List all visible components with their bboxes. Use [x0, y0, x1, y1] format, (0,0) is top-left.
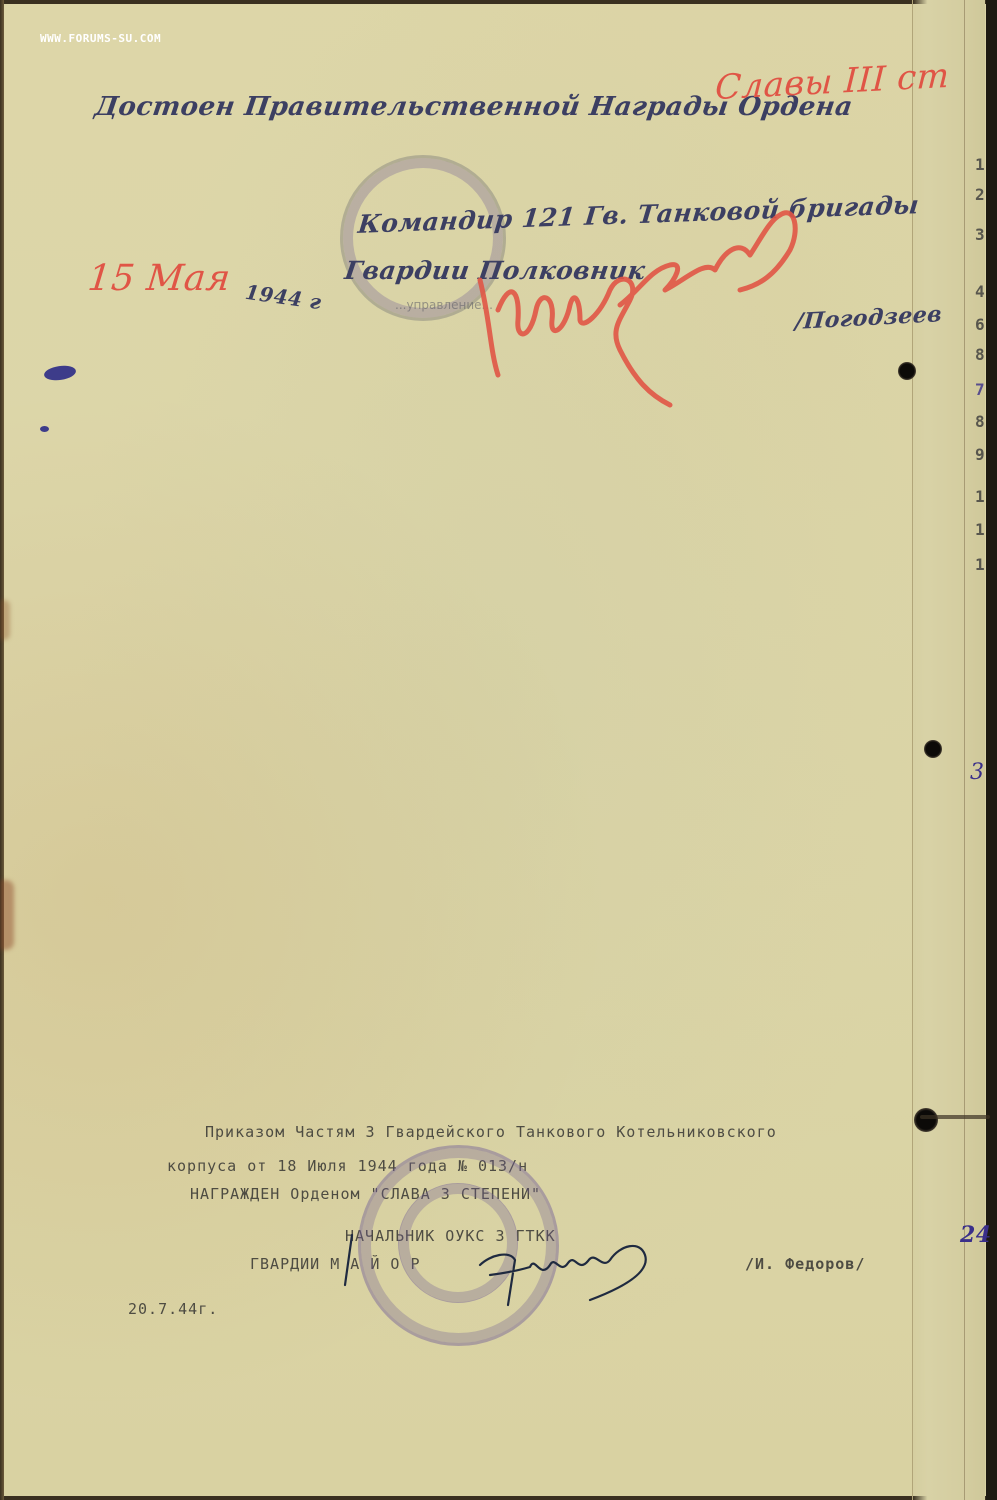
punch-hole: [914, 1108, 938, 1132]
page-number: 24: [960, 1222, 992, 1248]
margin-number: 1: [975, 520, 985, 539]
scan-edge-bottom: [0, 1496, 997, 1500]
margin-number: 2: [975, 185, 985, 204]
document-page: 1 2 3 4 6 8 7 8 9 1 1 1 3 24 WWW.FORUMS-…: [0, 0, 997, 1500]
handwritten-date-day-month: 15 Мая: [86, 258, 233, 299]
margin-mark: 3: [970, 760, 985, 785]
margin-number: 8: [975, 345, 985, 364]
black-signature: [340, 1225, 660, 1305]
order-signer: /И. Федоров/: [745, 1255, 865, 1273]
order-line-1: Приказом Частям 3 Гвардейского Танкового…: [205, 1123, 777, 1141]
margin-number: 4: [975, 282, 985, 301]
margin-number: 1: [975, 555, 985, 574]
punch-hole: [898, 362, 916, 380]
margin-number: 3: [975, 225, 985, 244]
punch-hole: [924, 740, 942, 758]
margin-number: 1: [975, 155, 985, 174]
margin-number: 1: [975, 487, 985, 506]
margin-number: 9: [975, 445, 985, 464]
paper-stain: [0, 880, 14, 950]
paper-stain: [0, 600, 10, 640]
watermark: WWW.FORUMS-SU.COM: [40, 32, 161, 45]
margin-number: 7: [975, 380, 985, 399]
red-signature: [470, 180, 810, 410]
order-date: 20.7.44г.: [128, 1300, 218, 1318]
scan-edge-top: [0, 0, 997, 4]
margin-number: 6: [975, 315, 985, 334]
ink-blot: [40, 426, 49, 432]
margin-number: 8: [975, 412, 985, 431]
ink-blot: [43, 364, 77, 382]
scan-edge-right: [986, 0, 997, 1500]
fold-crease: [920, 1115, 990, 1119]
scan-edge-left: [0, 0, 4, 1500]
handwritten-date-year: 1944 г: [244, 280, 323, 314]
binding-line: [964, 0, 965, 1500]
